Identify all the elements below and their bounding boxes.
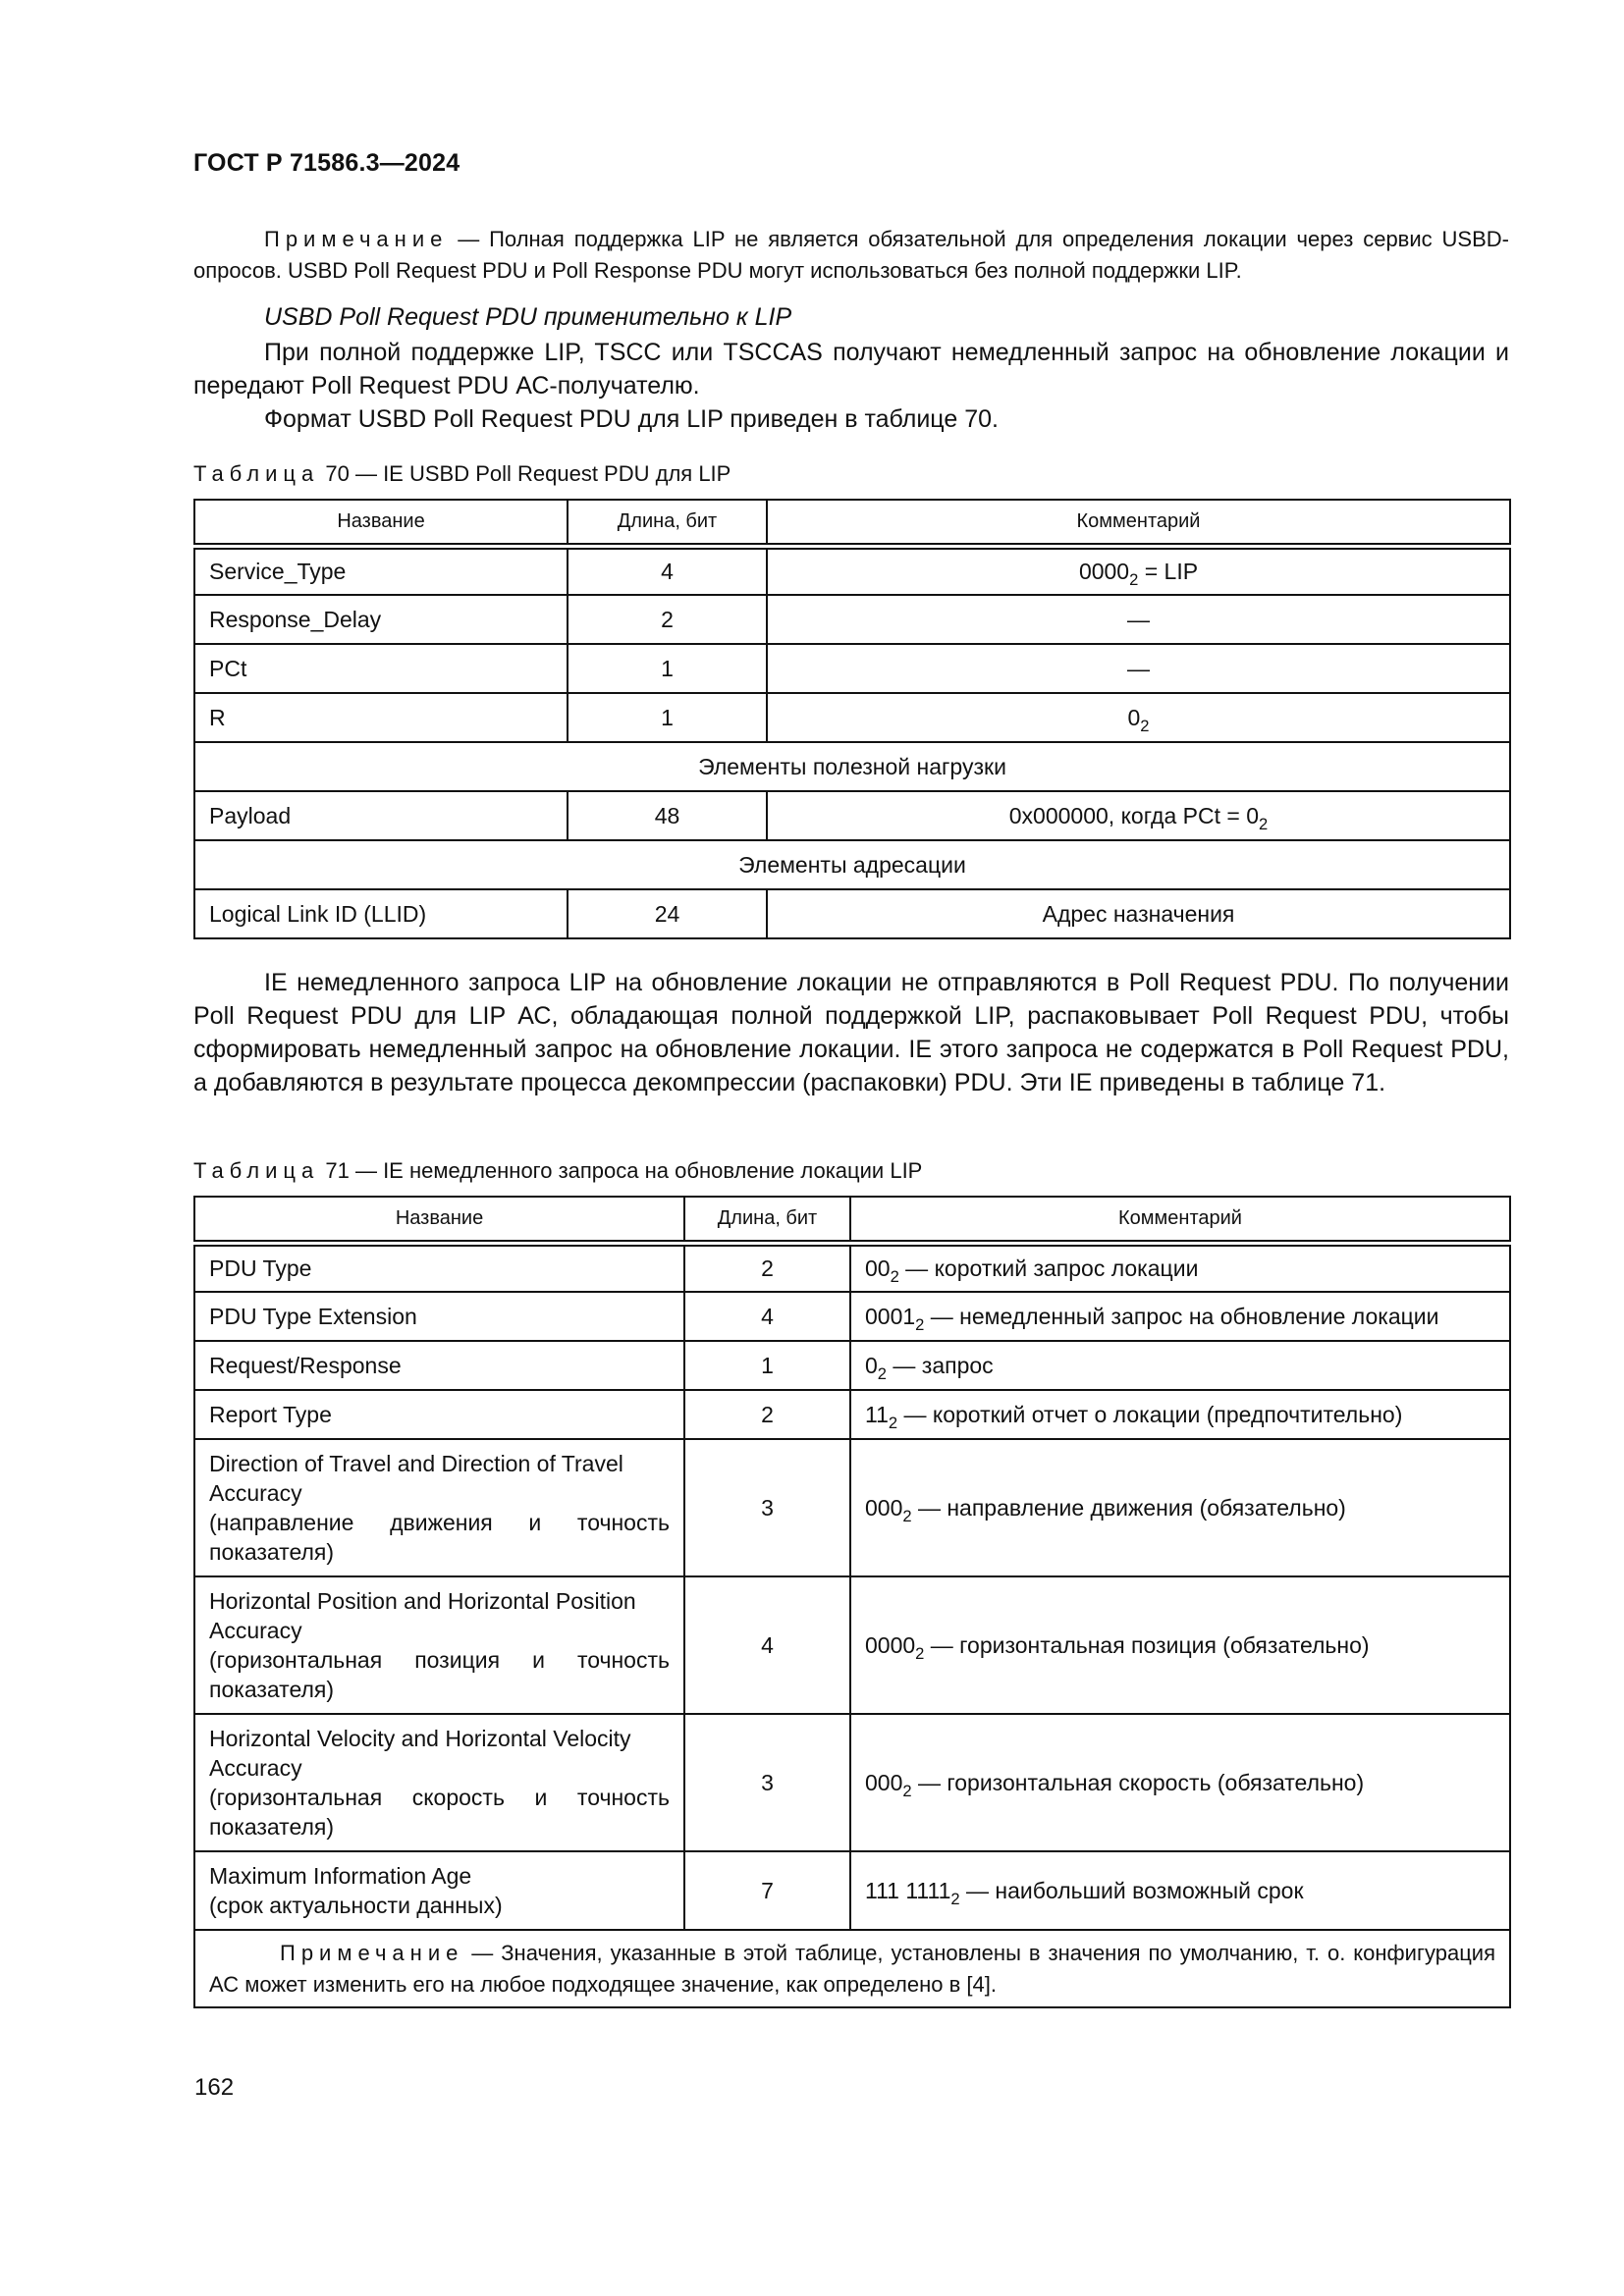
subscript: 2: [902, 1507, 911, 1525]
name-ru: (срок актуальности данных): [209, 1891, 670, 1920]
bits-cell: 1: [568, 693, 767, 742]
table-header-row: Название Длина, бит Комментарий: [194, 1197, 1510, 1243]
table-header-row: Название Длина, бит Комментарий: [194, 500, 1510, 546]
table-row: Logical Link ID (LLID)24Адрес назначения: [194, 889, 1510, 938]
table-row: R102: [194, 693, 1510, 742]
paragraph-2-text: Формат USBD Poll Request PDU для LIP при…: [264, 405, 999, 433]
name-cell: Service_Type: [194, 546, 568, 595]
comment-cell: 00012 — немедленный запрос на обновление…: [850, 1292, 1510, 1341]
bits-cell: 1: [684, 1341, 850, 1390]
column-header: Длина, бит: [568, 500, 767, 546]
bits-cell: 48: [568, 791, 767, 840]
table-row: Response_Delay2—: [194, 595, 1510, 644]
table-row: Service_Type400002 = LIP: [194, 546, 1510, 595]
table-row: PDU Type Extension400012 — немедленный з…: [194, 1292, 1510, 1341]
table-note: Примечание — Значения, указанные в этой …: [194, 1930, 1510, 2007]
page-number: 162: [194, 2074, 234, 2102]
table-row: Request/Response102 — запрос: [194, 1341, 1510, 1390]
bits-cell: 2: [568, 595, 767, 644]
table-row: Horizontal Velocity and Horizontal Veloc…: [194, 1714, 1510, 1851]
paragraph-1-text: При полной поддержке LIP, TSCC или TSCCA…: [193, 339, 1509, 400]
subscript: 2: [891, 1267, 899, 1286]
column-header: Название: [194, 1197, 684, 1243]
bits-cell: 4: [684, 1292, 850, 1341]
subscript: 2: [915, 1644, 924, 1663]
comment-cell: 00002 = LIP: [767, 546, 1510, 595]
bits-cell: 3: [684, 1714, 850, 1851]
bits-cell: 7: [684, 1851, 850, 1930]
subscript: 2: [950, 1890, 959, 1908]
paragraph-1: При полной поддержке LIP, TSCC или TSCCA…: [193, 336, 1509, 402]
subscript: 2: [1140, 716, 1149, 734]
paragraph-2: Формат USBD Poll Request PDU для LIP при…: [193, 402, 1509, 436]
subscript: 2: [1259, 814, 1268, 832]
table-row: Report Type2112 — короткий отчет о локац…: [194, 1390, 1510, 1439]
name-cell: Payload: [194, 791, 568, 840]
table-row: Maximum Information Age(срок актуальност…: [194, 1851, 1510, 1930]
subscript: 2: [902, 1782, 911, 1800]
table-row: Horizontal Position and Horizontal Posit…: [194, 1576, 1510, 1714]
table-70: Название Длина, бит Комментарий Service_…: [193, 499, 1511, 939]
name-cell: R: [194, 693, 568, 742]
caption-text: 70 — IE USBD Poll Request PDU для LIP: [319, 461, 731, 486]
name-cell: Request/Response: [194, 1341, 684, 1390]
subscript: 2: [889, 1413, 897, 1431]
comment-cell: 0002 — направление движения (обязательно…: [850, 1439, 1510, 1576]
subscript: 2: [915, 1314, 924, 1333]
name-cell: PCt: [194, 644, 568, 693]
column-header: Комментарий: [850, 1197, 1510, 1243]
group-label: Элементы адресации: [194, 840, 1510, 889]
caption-label: Таблица: [193, 461, 319, 486]
name-en: Maximum Information Age: [209, 1861, 670, 1891]
subscript: 2: [878, 1363, 887, 1382]
table-row: PDU Type2002 — короткий запрос локации: [194, 1243, 1510, 1292]
name-cell: Horizontal Velocity and Horizontal Veloc…: [194, 1714, 684, 1851]
group-label: Элементы полезной нагрузки: [194, 742, 1510, 791]
name-cell: PDU Type Extension: [194, 1292, 684, 1341]
comment-cell: 0x000000, когда PCt = 02: [767, 791, 1510, 840]
caption-label: Таблица: [193, 1158, 319, 1183]
bits-cell: 24: [568, 889, 767, 938]
table-row: PCt1—: [194, 644, 1510, 693]
name-ru: (горизонтальная позиция и точность показ…: [209, 1645, 670, 1704]
caption-text: 71 — IE немедленного запроса на обновлен…: [319, 1158, 922, 1183]
comment-cell: —: [767, 595, 1510, 644]
name-cell: Direction of Travel and Direction of Tra…: [194, 1439, 684, 1576]
name-en: Horizontal Velocity and Horizontal Veloc…: [209, 1724, 670, 1783]
table-row: Payload480x000000, когда PCt = 02: [194, 791, 1510, 840]
comment-cell: 0002 — горизонтальная скорость (обязател…: [850, 1714, 1510, 1851]
comment-cell: 00002 — горизонтальная позиция (обязател…: [850, 1576, 1510, 1714]
comment-cell: —: [767, 644, 1510, 693]
column-header: Комментарий: [767, 500, 1510, 546]
comment-cell: 02: [767, 693, 1510, 742]
bits-cell: 2: [684, 1243, 850, 1292]
comment-cell: 111 11112 — наибольший возможный срок: [850, 1851, 1510, 1930]
table-row: Direction of Travel and Direction of Tra…: [194, 1439, 1510, 1576]
name-en: Horizontal Position and Horizontal Posit…: [209, 1586, 670, 1645]
table-note-row: Примечание — Значения, указанные в этой …: [194, 1930, 1510, 2007]
paragraph-3: IE немедленного запроса LIP на обновлени…: [193, 966, 1509, 1099]
name-en: Direction of Travel and Direction of Tra…: [209, 1449, 670, 1508]
paragraph-3-text: IE немедленного запроса LIP на обновлени…: [193, 969, 1509, 1096]
standard-id-header: ГОСТ Р 71586.3—2024: [193, 149, 460, 178]
comment-cell: 112 — короткий отчет о локации (предпочт…: [850, 1390, 1510, 1439]
section-subheading: USBD Poll Request PDU применительно к LI…: [264, 303, 791, 332]
name-cell: Maximum Information Age(срок актуальност…: [194, 1851, 684, 1930]
bits-cell: 1: [568, 644, 767, 693]
column-header: Длина, бит: [684, 1197, 850, 1243]
bits-cell: 3: [684, 1439, 850, 1576]
bits-cell: 2: [684, 1390, 850, 1439]
name-ru: (направление движения и точность показат…: [209, 1508, 670, 1567]
table-71: Название Длина, бит Комментарий PDU Type…: [193, 1196, 1511, 2008]
bits-cell: 4: [568, 546, 767, 595]
group-row: Элементы адресации: [194, 840, 1510, 889]
name-cell: Response_Delay: [194, 595, 568, 644]
comment-cell: 02 — запрос: [850, 1341, 1510, 1390]
name-cell: PDU Type: [194, 1243, 684, 1292]
note-label: Примечание: [264, 227, 448, 251]
table-71-caption: Таблица 71 — IE немедленного запроса на …: [193, 1158, 922, 1184]
name-ru: (горизонтальная скорость и точность пока…: [209, 1783, 670, 1842]
comment-cell: 002 — короткий запрос локации: [850, 1243, 1510, 1292]
bits-cell: 4: [684, 1576, 850, 1714]
subscript: 2: [1129, 570, 1138, 589]
note-top: Примечание — Полная поддержка LIP не явл…: [193, 224, 1509, 287]
name-cell: Report Type: [194, 1390, 684, 1439]
name-cell: Logical Link ID (LLID): [194, 889, 568, 938]
table-70-caption: Таблица 70 — IE USBD Poll Request PDU дл…: [193, 461, 731, 487]
column-header: Название: [194, 500, 568, 546]
comment-cell: Адрес назначения: [767, 889, 1510, 938]
note-label: Примечание: [280, 1941, 463, 1965]
name-cell: Horizontal Position and Horizontal Posit…: [194, 1576, 684, 1714]
group-row: Элементы полезной нагрузки: [194, 742, 1510, 791]
